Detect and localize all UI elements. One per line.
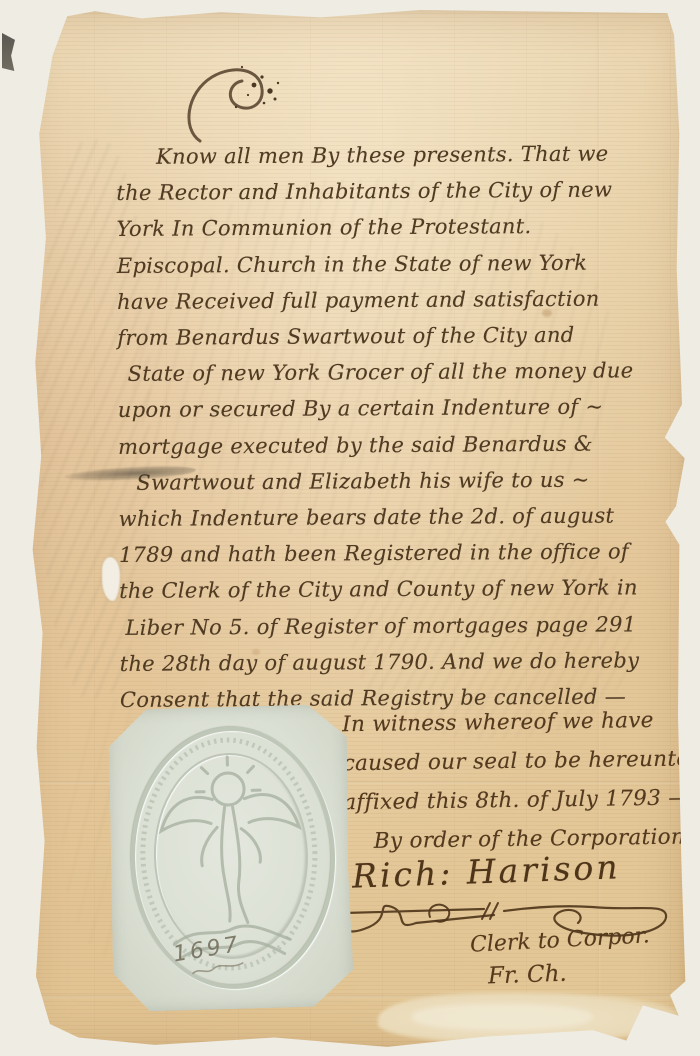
text-line: 1789 and hath been Registered in the off… <box>119 533 685 573</box>
page-background: Know all men By these presents. That we … <box>0 0 700 1056</box>
text-line: the Clerk of the City and County of new … <box>119 569 685 609</box>
text-line: In witness whereof we have <box>342 701 673 745</box>
body-text: Know all men By these presents. That we … <box>116 135 686 718</box>
text-line: Swartwout and Elizabeth his wife to us ~ <box>118 461 684 501</box>
edge-mark <box>2 33 15 71</box>
damage-spot <box>102 557 120 601</box>
text-line: the 28th day of august 1790. And we do h… <box>120 642 686 682</box>
witness-clause: In witness whereof we have caused our se… <box>342 701 674 862</box>
text-line: the Rector and Inhabitants of the City o… <box>116 171 682 211</box>
foxing-spot <box>510 439 517 445</box>
text-line: Liber No 5. of Register of mortgages pag… <box>119 606 685 646</box>
foxing-spot <box>252 649 260 655</box>
text-line: caused our seal to be hereunto <box>342 740 673 784</box>
text-line: affixed this 8th. of July 1793 — <box>343 779 674 823</box>
text-line: have Received full payment and satisfact… <box>117 280 683 320</box>
clerk-note: Fr. Ch. <box>488 961 568 990</box>
text-line: Episcopal. Church in the State of new Yo… <box>117 244 683 284</box>
repair-patch <box>412 1004 592 1030</box>
ink-spatter <box>235 66 279 108</box>
text-line: State of new York Grocer of all the mone… <box>118 352 684 392</box>
text-line: from Benardus Swartwout of the City and <box>117 316 683 356</box>
text-line: upon or secured By a certain Indenture o… <box>118 388 684 428</box>
pen-flourish-ink <box>172 37 312 152</box>
text-line: York In Communion of the Protestant. <box>116 207 682 247</box>
text-line: mortgage executed by the said Benardus & <box>118 425 684 465</box>
text-line: which Indenture bears date the 2d. of au… <box>119 497 685 537</box>
foxing-spot <box>542 309 552 317</box>
text-line: Know all men By these presents. That we <box>116 135 682 175</box>
document-paper: Know all men By these presents. That we … <box>22 9 686 1049</box>
